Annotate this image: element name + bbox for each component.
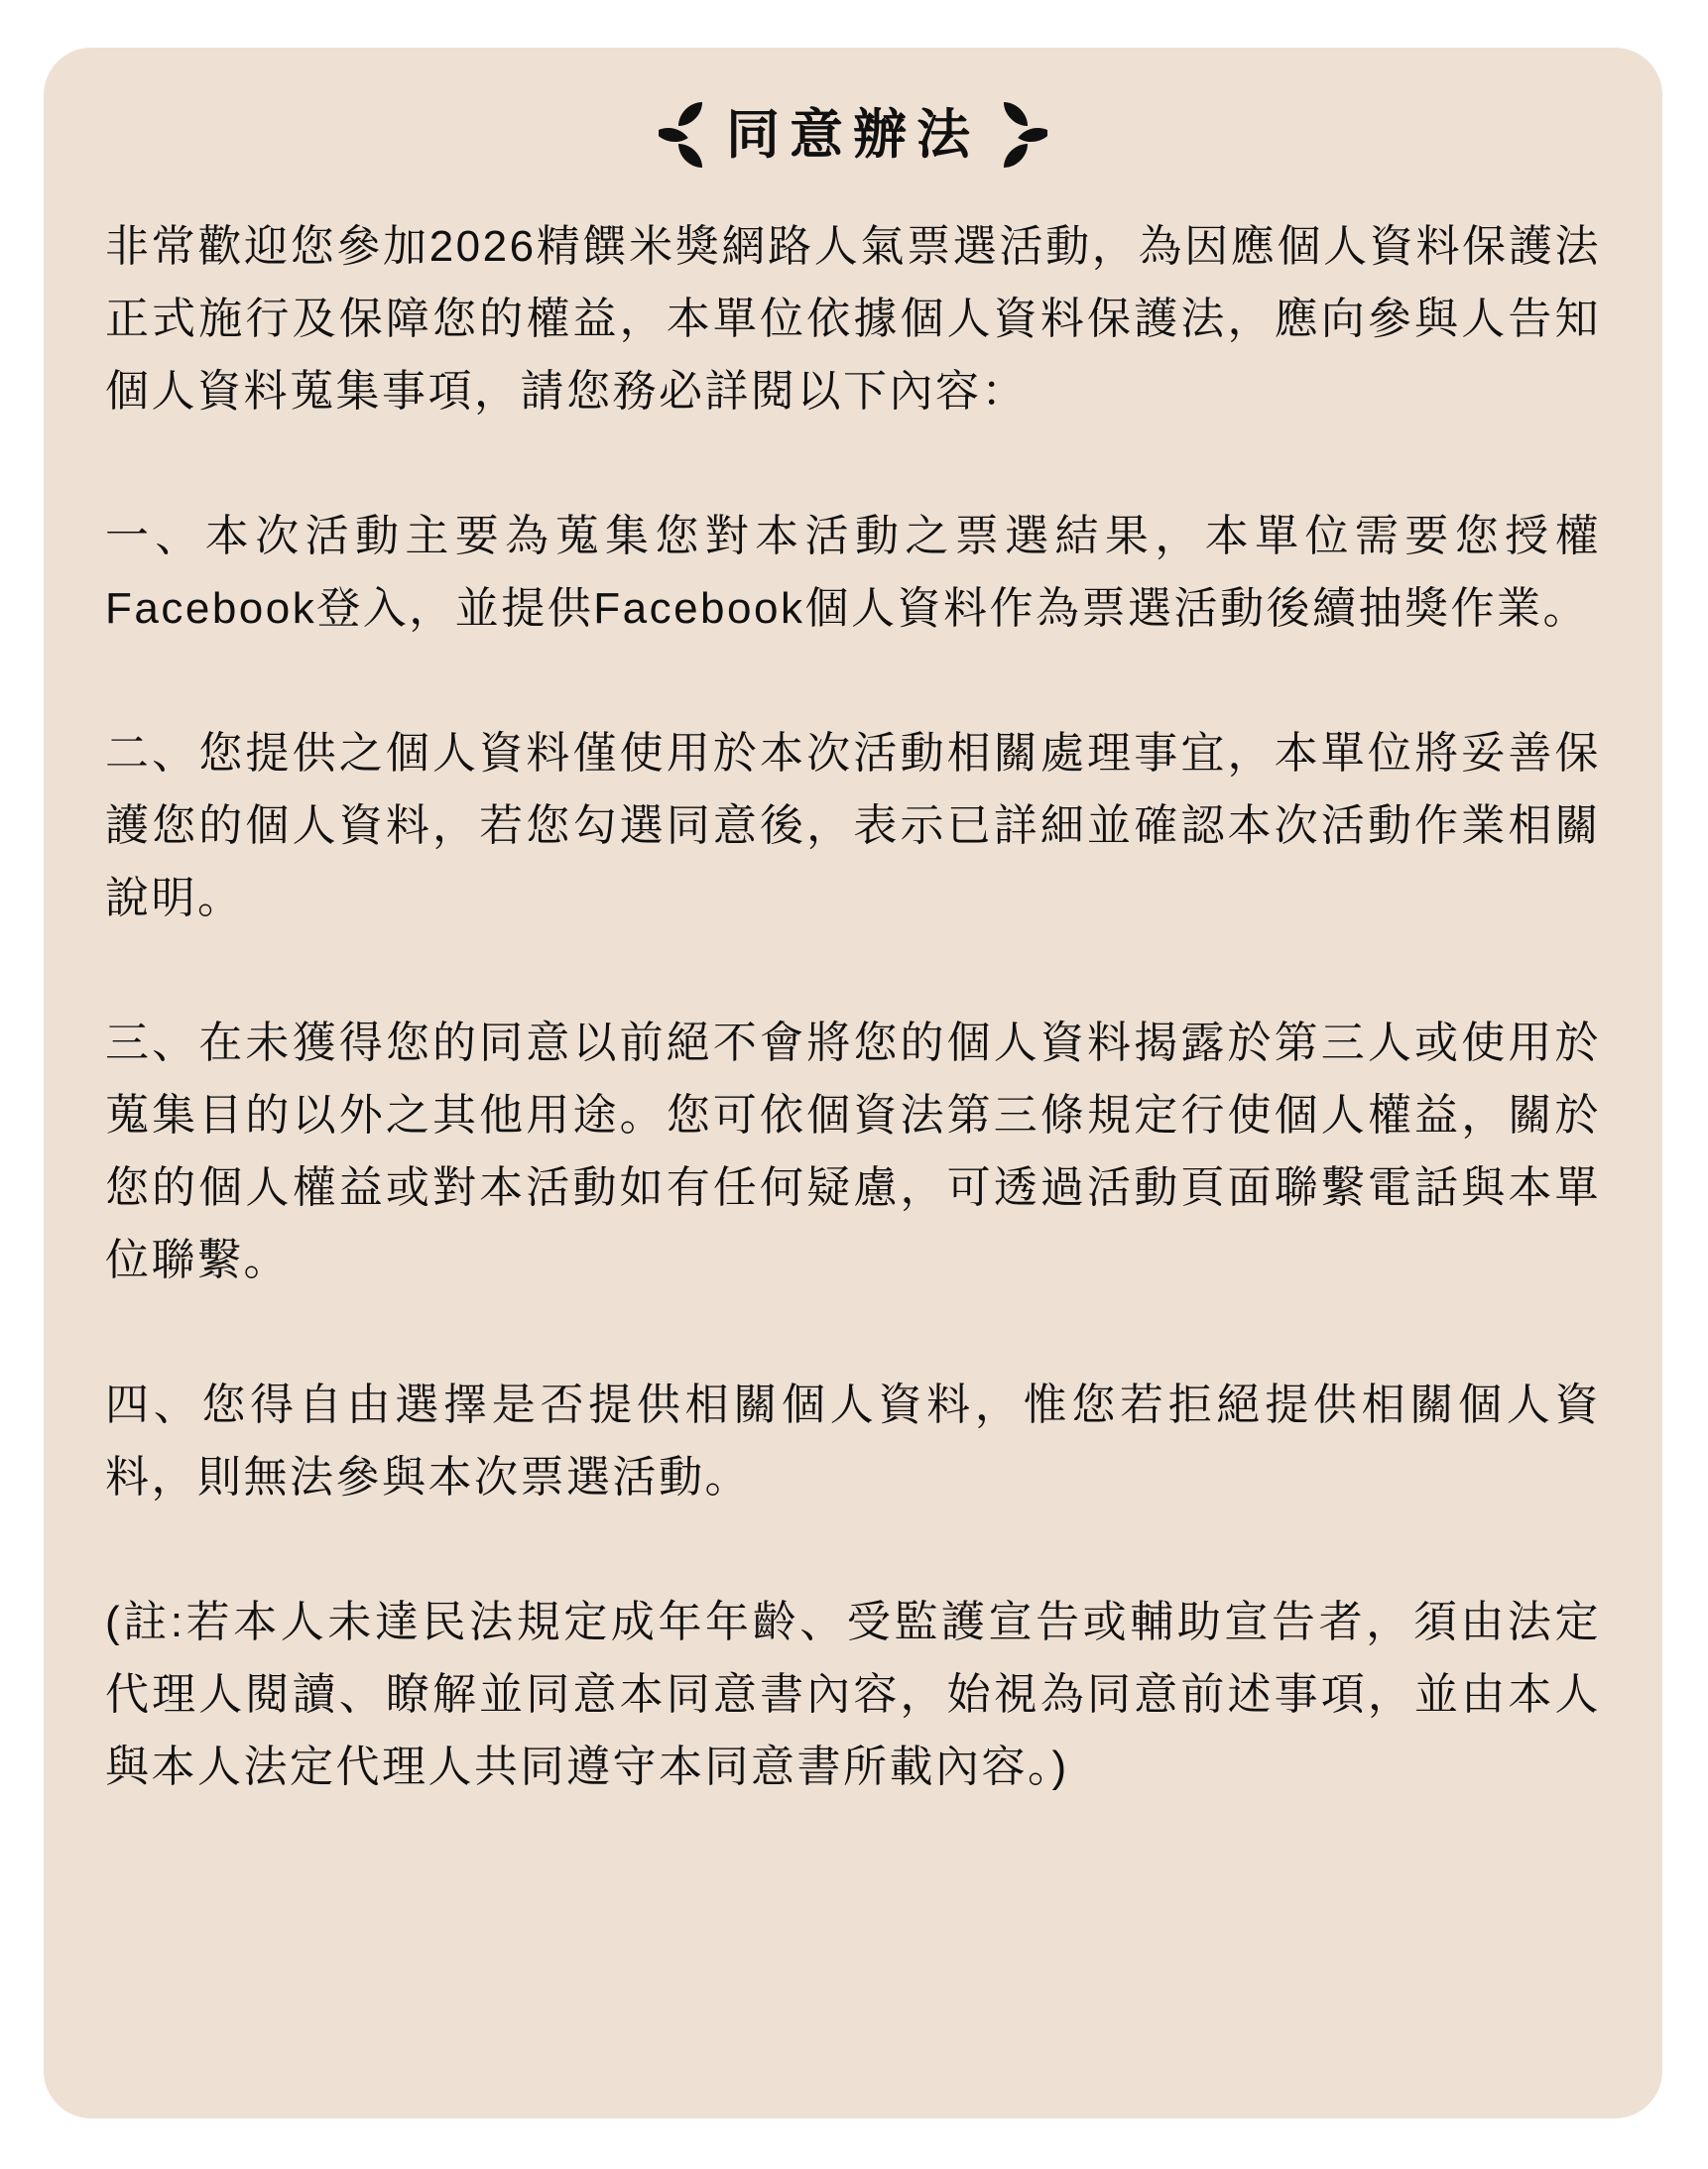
terms-item-3: 三、在未獲得您的同意以前絕不會將您的個人資料揭露於第三人或使用於蒐集目的以外之其… xyxy=(105,1007,1601,1296)
page-title: 同意辦法 xyxy=(726,103,980,168)
page-background: 同意辦法 非常歡迎您參加2026精饌米獎網路人氣票選活動，為因應個人資料保護法正… xyxy=(0,0,1708,2169)
terms-item-1: 一、本次活動主要為蒐集您對本活動之票選結果，本單位需要您授權Facebook登入… xyxy=(105,500,1601,645)
consent-body: 非常歡迎您參加2026精饌米獎網路人氣票選活動，為因應個人資料保護法正式施行及保… xyxy=(105,210,1601,1803)
rice-grains-left-icon xyxy=(659,97,708,173)
consent-card: 同意辦法 非常歡迎您參加2026精饌米獎網路人氣票選活動，為因應個人資料保護法正… xyxy=(44,48,1662,2118)
title-row: 同意辦法 xyxy=(105,97,1601,173)
rice-grains-right-icon xyxy=(998,97,1047,173)
guardian-note: (註:若本人未達民法規定成年年齡、受監護宣告或輔助宣告者，須由法定代理人閱讀、瞭… xyxy=(105,1586,1601,1803)
intro-paragraph: 非常歡迎您參加2026精饌米獎網路人氣票選活動，為因應個人資料保護法正式施行及保… xyxy=(105,210,1601,427)
terms-item-2: 二、您提供之個人資料僅使用於本次活動相關處理事宜，本單位將妥善保護您的個人資料，… xyxy=(105,717,1601,934)
terms-item-4: 四、您得自由選擇是否提供相關個人資料，惟您若拒絕提供相關個人資料，則無法參與本次… xyxy=(105,1369,1601,1513)
